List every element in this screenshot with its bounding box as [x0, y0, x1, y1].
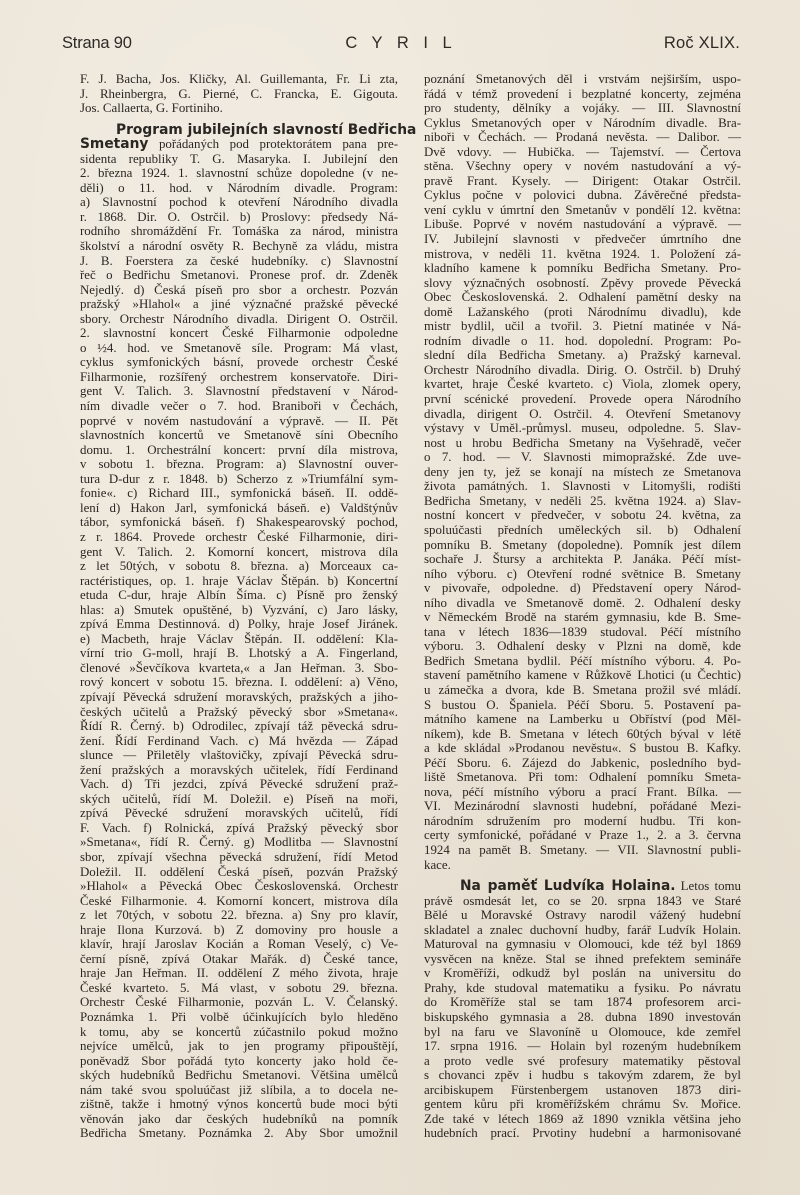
text-line: k tomu, aby se koncertů zúčastnilo pokud… — [80, 1025, 398, 1040]
text-line: slunce — Přiletěly vlaštovičky, zpívají … — [80, 748, 398, 763]
article-body: sidenta republiky T. G. Masaryka. I. Jub… — [80, 152, 398, 1141]
text-line: 2. slavnostní koncert České Filharmonie … — [80, 326, 398, 341]
text-line: Jos. Callaerta, G. Fortiniho. — [80, 101, 398, 116]
text-line: Bedřich Smetana bydlil. Péčí místního vý… — [424, 654, 741, 669]
text-line: u zámečka a dvora, kde B. Smetana prožil… — [424, 683, 741, 698]
text-line: Zde také v létech 1869 až 1890 vznikla v… — [424, 1112, 741, 1127]
text-line: VI. Mezinárodní slavnosti hudební, pořád… — [424, 799, 741, 814]
text-line: Řídí R. Černý. b) Odrodilec, zpívají táž… — [80, 719, 398, 734]
text-line: hlas: a) Smutek opuštěné, b) Vyzvání, c)… — [80, 603, 398, 618]
text-line: domu. 1. Orchestrální koncert: první díl… — [80, 443, 398, 458]
text-line: nost u hrobu Bedřicha Smetany na Vyšehra… — [424, 436, 741, 451]
article-heading: Program jubilejních slavností Bedřicha — [116, 122, 416, 138]
text-line: z let 50tých, v sobotu 8. března. a) Mor… — [80, 559, 398, 574]
text-line: mistrova, v neděli 11. května 1924. 1. P… — [424, 247, 741, 262]
text-line: spoluúčasti předních uměleckých sil. b) … — [424, 523, 741, 538]
text-line: ního výboru. c) Otevření rodné světnice … — [424, 567, 741, 582]
text-line: děli) o 11. hod. v Národním divadle. Pro… — [80, 181, 398, 196]
text-line: nova, péčí místního výboru a prací Frant… — [424, 785, 741, 800]
text-line: poznání Smetanových děl i vrstvám nejšir… — [424, 72, 741, 87]
text-line: právě osmdesát let, co se 20. srpna 1843… — [424, 894, 741, 909]
text-line: »Smetana«, řídí R. Černý. g) Modlitba — … — [80, 835, 398, 850]
text-line: gentem kůru při kroměřížském chrámu Sv. … — [424, 1097, 741, 1112]
article-body: právě osmdesát let, co se 20. srpna 1843… — [424, 894, 741, 1141]
text-line: Nejedlý. d) Česká píseň pro sbor a orche… — [80, 283, 398, 298]
text-line: mistr bydlil, učil a tvořil. 3. Pietní m… — [424, 319, 741, 334]
text-line: ských hudebníků Bedřichu Smetanovi. Větš… — [80, 1068, 398, 1083]
text-line: a kde skládal »Prodanou nevěstu«. S bust… — [424, 741, 741, 756]
text-line: etuda C-dur, hraje Albín Šíma. c) Písně … — [80, 588, 398, 603]
text-line: lení d) Hakon Jarl, symfonická báseň. e)… — [80, 501, 398, 516]
text-line: Cyklus počne v polovici dubna. Závěrečné… — [424, 188, 741, 203]
text-line: slavnostních koncertů ve Smetanově síni … — [80, 428, 398, 443]
text-line: rový koncert v sobotu 15. března. I. odd… — [80, 675, 398, 690]
text-line: Péčí Sboru. 6. Zájezd do Jabkenic, posle… — [424, 756, 741, 771]
text-line: ním divadle večer o 7. hod. Braniboři v … — [80, 399, 398, 414]
text-line: sbory. Orchestr Národního divadla. Dirig… — [80, 312, 398, 327]
text-line: pravě Frant. Kysely. — Dirigent: Otakar … — [424, 174, 741, 189]
text-line: ního divadla ve Smetanově domě. 2. Odhal… — [424, 596, 741, 611]
text-line: členové »Ševčíkova kvarteta,« a Jan Heřm… — [80, 661, 398, 676]
text-line: »Hlahol« a Pěvecká Obec Československá. … — [80, 879, 398, 894]
text-line: sochaře J. Štursy a architekta P. Janáka… — [424, 552, 741, 567]
text-line: České kvarteto. 5. Má vlast, v sobotu 29… — [80, 981, 398, 996]
text-line: kace. — [424, 858, 741, 873]
text-line: liště Smetanova. Při tom: Odhalení pomní… — [424, 770, 741, 785]
page-header: Strana 90 C Y R I L Roč XLIX. — [62, 34, 740, 56]
text-line: zpívá Pěvecké sdružení moravských učitel… — [80, 806, 398, 821]
text-line: Vach. d) Tři jezdci, zpívá Pěvecké sdruž… — [80, 777, 398, 792]
text-line: žení. Řídí Ferdinand Vach. c) Má hvězda … — [80, 734, 398, 749]
text-line: a) Slavnostní pochod k otevření Národníh… — [80, 195, 398, 210]
text-line: o 7. hod. — V. Slavnosti mimopražské. Zd… — [424, 450, 741, 465]
text-line: klavír, hrají Jaroslav Kocián a Roman Ve… — [80, 937, 398, 952]
text-line: Cyklus Smetanových oper v Národním divad… — [424, 116, 741, 131]
text-line: Prahy, kde studoval matematiku a fysiku.… — [424, 981, 741, 996]
text-line: poněvadž Sbor pořádá tyto koncerty jako … — [80, 1054, 398, 1069]
text-line: byl na faru ve Slavoníně u Olomouce, kde… — [424, 1025, 741, 1040]
text-line: života památných. 1. Slavnosti v Litomyš… — [424, 479, 741, 494]
text-line: J. B. Foerstera za české hudebníky. c) S… — [80, 254, 398, 269]
text-line: v Kroměříži, odkudž byl poslán na univer… — [424, 966, 741, 981]
text-line: tana v létech 1836—1839 studoval. Péčí m… — [424, 625, 741, 640]
text-line: poprvé v novém nastudování a výpravě. — … — [80, 414, 398, 429]
text-line: cyklus symfonických básní, provede orche… — [80, 355, 398, 370]
text-line: e) Macbeth, hraje Václav Štěpán. II. odd… — [80, 632, 398, 647]
text-line: deny jen ty, jež se konají na místech ze… — [424, 465, 741, 480]
text-line: slovy význačných osobností. Zpěvy proved… — [424, 276, 741, 291]
text-line: biskupského gymnasia a 28. dubna 1890 in… — [424, 1010, 741, 1025]
text-line: F. J. Bacha, Jos. Kličky, Al. Guillemant… — [80, 72, 398, 87]
text-line: Poznámka 1. Při volbě účinkujících bylo … — [80, 1010, 398, 1025]
intro-paragraph: F. J. Bacha, Jos. Kličky, Al. Guillemant… — [80, 72, 398, 116]
text-line: z r. 1864. Provede orchestr České Filhar… — [80, 530, 398, 545]
text-line: Bělé u Moravské Ostravy narodil vážený h… — [424, 908, 741, 923]
text-line: školství a národní osvěty R. Bechyně za … — [80, 239, 398, 254]
text-line: hudebních prací. Prvotiny hudební a harm… — [424, 1126, 741, 1141]
text-line: ractéristiques, op. 1. hraje Václav Štěp… — [80, 574, 398, 589]
text-line: arcibiskupem Fürstenbergem ustanoven 187… — [424, 1083, 741, 1098]
text-line: v Německém Brodě na starém gymnasiu, kde… — [424, 610, 741, 625]
text-line: mátního kamene na Lamberku u Obříství (p… — [424, 712, 741, 727]
text-line: J. Rheinbergra, G. Pierné, C. Francka, E… — [80, 87, 398, 102]
text-line: Maturoval na gymnasiu v Olomouci, kde té… — [424, 937, 741, 952]
text-line: 1924 na pamět B. Smetany. — VII. Slavnos… — [424, 843, 741, 858]
text-line: stavení pamětního kamene v Růžkově Lhoti… — [424, 668, 741, 683]
text-line: kladního kamene k pomníku Bedřicha Smeta… — [424, 261, 741, 276]
text-line: IV. Jubilejní slavnosti v předvečer úmrt… — [424, 232, 741, 247]
text-line: vysvěcen na kněze. Stal se ihned prefekt… — [424, 952, 741, 967]
text-line: v sobotu 1. března. Program: a) Slavnost… — [80, 457, 398, 472]
text-line: Bedřicha Smetany. Poznámka 2. Aby Sbor u… — [80, 1126, 398, 1141]
text-line: věnován jako dar českých hudebníků na po… — [80, 1112, 398, 1127]
text-line: gent V. Talich. 2. Komorní koncert, mist… — [80, 545, 398, 560]
text-line: gent V. Talich. 3. Slavnostní představen… — [80, 384, 398, 399]
text-line: Libuše. Poprvé v novém nastudování a výp… — [424, 217, 741, 232]
text-line: divadla, dirigent O. Ostrčil. 4. Otevřen… — [424, 407, 741, 422]
text-line: národním sdružením pro moderní hudbu. Tř… — [424, 814, 741, 829]
text-line: certy symfonické, pořádané v Praze 1., 2… — [424, 828, 741, 843]
article-program-smetana: Program jubilejních slavností Bedřicha S… — [80, 123, 398, 1141]
body-text: pořádaných pod protektorátem pana pre- — [148, 137, 398, 151]
text-line: v pivovaře, odpoledne. d) Představení op… — [424, 581, 741, 596]
article-heading-continued: Smetany — [80, 136, 148, 152]
text-line: nejvíce umělců, jak to jen programy přip… — [80, 1039, 398, 1054]
text-line: řádá v témž provedení i bezplatné koncer… — [424, 87, 741, 102]
text-line: hraje Jan Heřman. II. oddělení Z mého ži… — [80, 966, 398, 981]
text-line: rodním divadle o 11. hod. dopolední. Pro… — [424, 334, 741, 349]
text-line: Bedřicha Smetany, v neděli 25. května 19… — [424, 494, 741, 509]
text-line: 17. srpna 1916. — Holain byl rozeným hud… — [424, 1039, 741, 1054]
text-line: s chovanci zpěv i hudbu s takovým zdarem… — [424, 1068, 741, 1083]
text-line: pro studenty, dělníky a vojáky. — III. S… — [424, 101, 741, 116]
text-line: zpívá Emma Destinnová. d) Polky, hraje J… — [80, 617, 398, 632]
text-line: z let 70tých, v sobotu 22. března. a) Sn… — [80, 908, 398, 923]
volume-label: Roč XLIX. — [664, 34, 740, 53]
text-line: F. Vach. f) Rolnická, zpívá Pražský pěve… — [80, 821, 398, 836]
text-line: S bustou O. Španiela. Péčí Sboru. 5. Pos… — [424, 698, 741, 713]
text-line: výboru. 3. Odhalení desky v Plzni na dom… — [424, 639, 741, 654]
text-line: vení cyklu v úmrtní den Smetanův v pondě… — [424, 203, 741, 218]
text-line: nostní koncert v předvečer, v sobotu 24.… — [424, 508, 741, 523]
text-line: zištně, takže i hmotný výnos koncertů bu… — [80, 1097, 398, 1112]
journal-title: C Y R I L — [62, 34, 740, 53]
text-line: domě Lažanského (proti Národnímu divadlu… — [424, 305, 741, 320]
article-body-continued: poznání Smetanových děl i vrstvám nejšir… — [424, 72, 741, 872]
text-line: tura D-dur z r. 1848. b) Scherzo z »Triu… — [80, 472, 398, 487]
left-column: F. J. Bacha, Jos. Kličky, Al. Guillemant… — [80, 72, 398, 1141]
text-line: ských učitelů, řídí M. Doležil. e) Píseň… — [80, 792, 398, 807]
text-line: sidenta republiky T. G. Masaryka. I. Jub… — [80, 152, 398, 167]
text-line: tábor, symfonická báseň. f) Shakespearov… — [80, 515, 398, 530]
text-line: níkem), kde B. Smetana v létech 60tých b… — [424, 727, 741, 742]
text-line: výstavy v Uměl.-průmysl. museu, odpoledn… — [424, 421, 741, 436]
text-line: vírní trio G-moll, hrají B. Lhotský a A.… — [80, 646, 398, 661]
text-line: nám také svou spoluúčast již slíbila, a … — [80, 1083, 398, 1098]
right-column: poznání Smetanových děl i vrstvám nejšir… — [424, 72, 741, 1141]
text-line: niboři v Čechách. — Prodaná nevěsta. — D… — [424, 130, 741, 145]
text-line: sbor, zpívají všechna pěvecká sdružení, … — [80, 850, 398, 865]
text-line: řeč o Bedřichu Smetanovi. Pronese prof. … — [80, 268, 398, 283]
text-line: českých učitelů a Pražský pěvecký sbor »… — [80, 705, 398, 720]
text-line: rodního shromáždění Fr. Tomáška za národ… — [80, 224, 398, 239]
text-line: hraje Ilona Kurzová. b) Z domoviny pro h… — [80, 923, 398, 938]
text-line: slední díla Bedřicha Smetany. a) Pražský… — [424, 348, 741, 363]
text-line: a proto vedle své profesury matematiky p… — [424, 1054, 741, 1069]
text-line: do Kroměříže stal se tam 1874 profesorem… — [424, 995, 741, 1010]
text-line: žení pražských a moravských učitelek, ří… — [80, 763, 398, 778]
text-line: Orchestr České Filharmonie, pozván L. V.… — [80, 995, 398, 1010]
text-line: skladatel a znalec duchovní hudby, farář… — [424, 923, 741, 938]
text-line: r. 1868. Dir. O. Ostrčil. b) Proslovy: p… — [80, 210, 398, 225]
text-line: fonie«. c) Richard III., symfonická báse… — [80, 486, 398, 501]
text-line: 2. března 1924. 1. slavnostní schůze dop… — [80, 166, 398, 181]
article-holain: Na paměť Ludvíka Holaina. Letos tomu prá… — [424, 879, 741, 1141]
text-line: pomníku B. Smetany (dopoledne). Pomník j… — [424, 538, 741, 553]
text-line: stěna. Všechny opery v novém nastudování… — [424, 159, 741, 174]
text-line: Doležil. II. oddělení Česká píseň, pozvá… — [80, 865, 398, 880]
text-line: o ½4. hod. ve Smetanově síle. Program: M… — [80, 341, 398, 356]
text-line: zpívají Pěvecká sdružení moravských, pra… — [80, 690, 398, 705]
text-line: Filharmonie, rozšířený orchestrem konser… — [80, 370, 398, 385]
text-line: Orchestr Národního divadla. Dirig. O. Os… — [424, 363, 741, 378]
text-line: pražský »Hlahol« a jiné význačné pražské… — [80, 297, 398, 312]
text-line: černí písně, zpívá Otakar Mařák. d) Česk… — [80, 952, 398, 967]
text-line: České Filharmonie. 4. Komorní koncert, m… — [80, 894, 398, 909]
text-line: první scénické provedení. Provede opera … — [424, 392, 741, 407]
text-line: Dvě vdovy. — Hubička. — Tajemství. — Čer… — [424, 145, 741, 160]
article-heading: Na paměť Ludvíka Holaina. — [460, 878, 676, 894]
text-line: Obec Československá. 2. Odhalení pamětní… — [424, 290, 741, 305]
body-text: Letos tomu — [676, 879, 741, 893]
text-line: kvartet, hraje České kvarteto. c) Viola,… — [424, 377, 741, 392]
